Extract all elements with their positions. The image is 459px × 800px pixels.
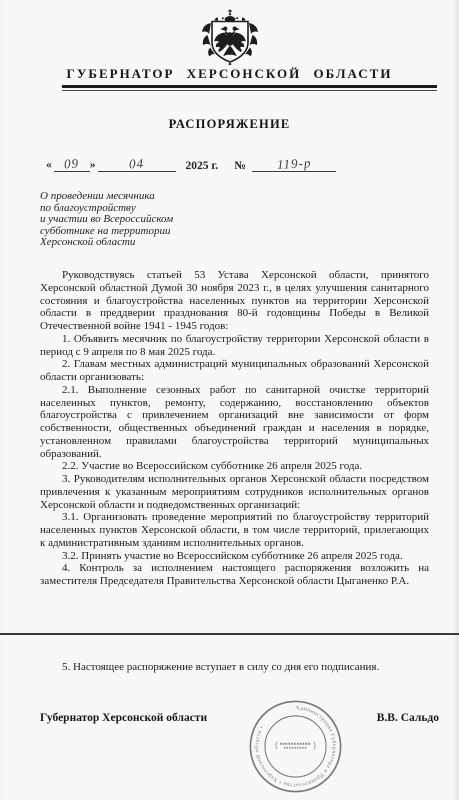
item-2-paragraph: 2. Главам местных администраций муниципа… [40, 358, 429, 384]
item-3-2-paragraph: 3.2. Принять участие во Всероссийском су… [40, 550, 429, 563]
document-page: ГУБЕРНАТОР ХЕРСОНСКОЙ ОБЛАСТИ РАСПОРЯЖЕН… [0, 0, 459, 800]
item-1-paragraph: 1. Объявить месячник по благоустройству … [40, 333, 429, 359]
item-4-paragraph: 4. Контроль за исполнением настоящего ра… [40, 562, 429, 588]
quote-close: » [90, 159, 98, 172]
doc-number-field: 119-р [252, 156, 336, 172]
date-day-field: 09 [54, 156, 90, 172]
scan-page-break-line [0, 633, 459, 635]
coat-of-arms-icon [198, 9, 262, 65]
item-2-1-paragraph: 2.1. Выполнение сезонных работ по санита… [40, 384, 429, 461]
handwritten-number: 119-р [276, 156, 311, 172]
document-subject: О проведении месячника по благоустройств… [40, 191, 270, 249]
signer-name: В.В. Сальдо [377, 712, 439, 724]
item-2-2-paragraph: 2.2. Участие во Всероссийском субботнике… [40, 460, 429, 473]
subject-line: О проведении месячника [40, 191, 270, 203]
number-sign: № [234, 160, 246, 172]
signature-row: Губернатор Херсонской области В.В. Сальд… [40, 712, 439, 724]
stamp-ring-text: Администрация Губернатора и Правительств… [253, 705, 338, 788]
official-round-stamp: Администрация Губернатора и Правительств… [247, 698, 344, 795]
date-month-field: 04 [98, 156, 176, 172]
handwritten-month: 04 [129, 157, 145, 172]
date-number-line: « 09 » 04 2025 г. № 119-р [46, 150, 426, 172]
handwritten-day: 09 [64, 157, 80, 172]
signer-position: Губернатор Херсонской области [40, 712, 207, 724]
subject-line: Херсонской области [40, 237, 270, 249]
stamp-center-text-lines [276, 742, 315, 750]
item-3-1-paragraph: 3.1. Организовать проведение мероприятий… [40, 511, 429, 549]
document-title: РАСПОРЯЖЕНИЕ [0, 117, 459, 132]
letterhead-divider [62, 85, 437, 91]
quote-open: « [46, 159, 54, 172]
letterhead-org-name: ГУБЕРНАТОР ХЕРСОНСКОЙ ОБЛАСТИ [0, 66, 459, 82]
date-year-label: 2025 г. [186, 160, 219, 172]
document-body: Руководствуясь статьей 53 Устава Херсонс… [40, 269, 429, 588]
preamble-paragraph: Руководствуясь статьей 53 Устава Херсонс… [40, 269, 429, 333]
item-5-paragraph: 5. Настоящее распоряжение вступает в сил… [40, 661, 429, 674]
item-3-paragraph: 3. Руководителям исполнительных органов … [40, 473, 429, 511]
